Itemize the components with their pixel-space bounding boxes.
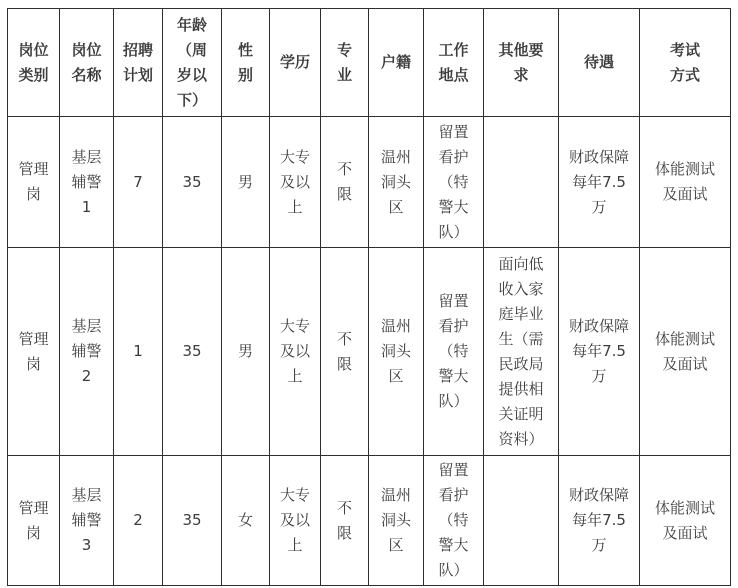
cell-other-requirements	[484, 117, 559, 248]
header-position-name: 岗位 名称	[60, 9, 114, 117]
table-row: 管理岗 基层辅警2 1 35 男 大专及以上 不限 温州洞头区 留置看护（特警大…	[8, 248, 731, 456]
table-header-row: 岗位 类别 岗位 名称 招聘 计划 年龄 （周 岁以 下） 性 别 学历 专 业…	[8, 9, 731, 117]
cell-exam-method: 体能测试及面试	[640, 456, 731, 586]
cell-household-registration: 温州洞头区	[369, 248, 424, 456]
cell-position-category: 管理岗	[8, 248, 60, 456]
cell-major: 不限	[321, 117, 369, 248]
header-salary: 待遇	[559, 9, 640, 117]
header-position-category: 岗位 类别	[8, 9, 60, 117]
cell-education: 大专及以上	[270, 456, 321, 586]
cell-age-limit: 35	[163, 248, 222, 456]
cell-position-category: 管理岗	[8, 456, 60, 586]
cell-recruit-plan: 1	[114, 248, 163, 456]
cell-education: 大专及以上	[270, 248, 321, 456]
cell-major: 不限	[321, 248, 369, 456]
cell-work-location: 留置看护（特警大队）	[424, 456, 484, 586]
cell-salary: 财政保障每年7.5万	[559, 248, 640, 456]
cell-education: 大专及以上	[270, 117, 321, 248]
cell-other-requirements	[484, 456, 559, 586]
cell-gender: 女	[222, 456, 270, 586]
cell-major: 不限	[321, 456, 369, 586]
header-recruit-plan: 招聘 计划	[114, 9, 163, 117]
cell-salary: 财政保障每年7.5万	[559, 456, 640, 586]
cell-position-name: 基层辅警1	[60, 117, 114, 248]
header-other-requirements: 其他要 求	[484, 9, 559, 117]
cell-age-limit: 35	[163, 117, 222, 248]
table-row: 管理岗 基层辅警3 2 35 女 大专及以上 不限 温州洞头区 留置看护（特警大…	[8, 456, 731, 586]
cell-gender: 男	[222, 248, 270, 456]
recruitment-table: 岗位 类别 岗位 名称 招聘 计划 年龄 （周 岁以 下） 性 别 学历 专 业…	[7, 8, 731, 586]
cell-gender: 男	[222, 117, 270, 248]
cell-work-location: 留置看护（特警大队）	[424, 117, 484, 248]
cell-exam-method: 体能测试及面试	[640, 248, 731, 456]
cell-position-category: 管理岗	[8, 117, 60, 248]
header-gender: 性 别	[222, 9, 270, 117]
header-exam-method: 考试 方式	[640, 9, 731, 117]
cell-age-limit: 35	[163, 456, 222, 586]
cell-recruit-plan: 2	[114, 456, 163, 586]
cell-salary: 财政保障每年7.5万	[559, 117, 640, 248]
cell-position-name: 基层辅警3	[60, 456, 114, 586]
cell-other-requirements: 面向低收入家庭毕业生（需民政局提供相关证明资料）	[484, 248, 559, 456]
header-education: 学历	[270, 9, 321, 117]
page: 岗位 类别 岗位 名称 招聘 计划 年龄 （周 岁以 下） 性 别 学历 专 业…	[0, 0, 738, 588]
header-age-limit: 年龄 （周 岁以 下）	[163, 9, 222, 117]
cell-position-name: 基层辅警2	[60, 248, 114, 456]
cell-recruit-plan: 7	[114, 117, 163, 248]
cell-household-registration: 温州洞头区	[369, 456, 424, 586]
table-row: 管理岗 基层辅警1 7 35 男 大专及以上 不限 温州洞头区 留置看护（特警大…	[8, 117, 731, 248]
cell-exam-method: 体能测试及面试	[640, 117, 731, 248]
cell-household-registration: 温州洞头区	[369, 117, 424, 248]
header-major: 专 业	[321, 9, 369, 117]
header-household-registration: 户籍	[369, 9, 424, 117]
header-work-location: 工作 地点	[424, 9, 484, 117]
cell-work-location: 留置看护（特警大队）	[424, 248, 484, 456]
